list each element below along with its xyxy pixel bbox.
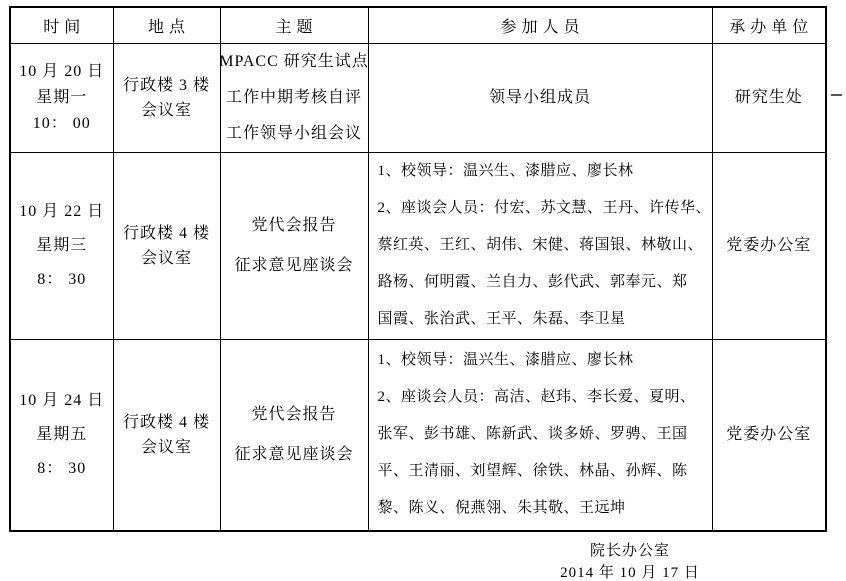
text-line: 会议室: [141, 98, 192, 123]
text-line: 1、校领导：温兴生、漆腊应、廖长林: [378, 153, 708, 190]
col-header-unit: 承办单位: [712, 7, 826, 43]
cell-location: 行政楼 4 楼 会议室: [113, 152, 220, 339]
text-line: 10 月 22 日: [19, 195, 104, 229]
text-line: 研究生处: [735, 85, 803, 111]
cell-topic: MPACC 研究生试点 工作中期考核自评 工作领导小组会议: [220, 43, 368, 152]
text-line: 行政楼 4 楼: [123, 410, 210, 435]
text-line: 工作中期考核自评: [226, 80, 362, 116]
text-line: 8： 30: [37, 452, 86, 486]
text-line: 蔡红英、王红、胡伟、宋健、蒋国银、林敬山、: [378, 227, 708, 264]
table-row-meeting-1: 10 月 20 日 星期一 10： 00 行政楼 3 楼 会议室 MPACC 研…: [10, 43, 826, 152]
text-line: 8： 30: [37, 263, 86, 297]
text-line: 星期一: [36, 85, 87, 111]
table-row-meeting-3: 10 月 24 日 星期五 8： 30 行政楼 4 楼 会议室 党代会报告 征求…: [10, 339, 826, 531]
footer-date: 2014 年 10 月 17 日: [480, 562, 780, 581]
cell-unit: 党委办公室: [712, 339, 826, 531]
schedule-table: 时间 地点 主题 参加人员 承办单位 10 月 20 日 星期一 10： 00: [9, 6, 827, 532]
cell-participants: 1、校领导：温兴生、漆腊应、廖长林 2、座谈会人员：付宏、苏文慧、王丹、许传华、…: [368, 152, 712, 339]
text-line: 2、座谈会人员：高洁、赵玮、李长爱、夏明、: [378, 379, 708, 416]
cell-time: 10 月 20 日 星期一 10： 00: [10, 43, 113, 152]
col-header-participants: 参加人员: [368, 7, 712, 43]
col-header-location: 地点: [113, 7, 220, 43]
text-line: 2、座谈会人员：付宏、苏文慧、王丹、许传华、: [378, 190, 708, 227]
table-header-row: 时间 地点 主题 参加人员 承办单位: [10, 7, 826, 43]
text-line: 党代会报告: [251, 206, 336, 246]
cell-participants: 1、校领导：温兴生、漆腊应、廖长林 2、座谈会人员：高洁、赵玮、李长爱、夏明、 …: [368, 339, 712, 531]
footer-office: 院长办公室: [480, 540, 780, 562]
cell-time: 10 月 24 日 星期五 8： 30: [10, 339, 113, 531]
text-line: 路杨、何明霞、兰自力、彭代武、郭奉元、郑: [378, 264, 708, 301]
cell-topic: 党代会报告 征求意见座谈会: [220, 152, 368, 339]
text-line: 星期三: [36, 229, 87, 263]
text-line: 星期五: [36, 418, 87, 452]
col-header-time: 时间: [10, 7, 113, 43]
signature-block: 院长办公室 2014 年 10 月 17 日: [480, 540, 780, 581]
text-line: 征求意见座谈会: [234, 246, 353, 286]
text-line: 党委办公室: [726, 233, 811, 259]
cell-participants: 领导小组成员: [368, 43, 712, 152]
text-line: 领导小组成员: [489, 85, 591, 111]
text-line: 黎、陈义、倪燕翎、朱其敬、王远坤: [378, 490, 708, 527]
document-page: 时间 地点 主题 参加人员 承办单位 10 月 20 日 星期一 10： 00: [0, 0, 846, 581]
cell-topic: 党代会报告 征求意见座谈会: [220, 339, 368, 531]
table-row-meeting-2: 10 月 22 日 星期三 8： 30 行政楼 4 楼 会议室 党代会报告 征求…: [10, 152, 826, 339]
text-line: 1、校领导：温兴生、漆腊应、廖长林: [378, 342, 708, 379]
cell-location: 行政楼 4 楼 会议室: [113, 339, 220, 531]
text-line: 会议室: [141, 435, 192, 460]
text-line: 张军、彭书雄、陈新武、谈多娇、罗骋、王国: [378, 416, 708, 453]
text-line: 会议室: [141, 246, 192, 271]
text-line: 工作领导小组会议: [226, 116, 362, 152]
text-line: 国霞、张治武、王平、朱磊、李卫星: [378, 301, 708, 338]
margin-anchor-mark: [831, 94, 842, 96]
text-line: 党委办公室: [726, 422, 811, 448]
text-line: 征求意见座谈会: [234, 435, 353, 475]
cell-location: 行政楼 3 楼 会议室: [113, 43, 220, 152]
col-header-topic: 主题: [220, 7, 368, 43]
text-line: 10 月 20 日: [19, 59, 104, 85]
cell-unit: 党委办公室: [712, 152, 826, 339]
cell-unit: 研究生处: [712, 43, 826, 152]
text-line: 平、王清丽、刘望辉、徐铁、林晶、孙辉、陈: [378, 453, 708, 490]
text-line: MPACC 研究生试点: [220, 44, 368, 80]
cell-time: 10 月 22 日 星期三 8： 30: [10, 152, 113, 339]
text-line: 行政楼 4 楼: [123, 221, 210, 246]
text-line: 10 月 24 日: [19, 384, 104, 418]
text-line: 10： 00: [33, 111, 91, 137]
text-line: 党代会报告: [251, 395, 336, 435]
text-line: 行政楼 3 楼: [123, 73, 210, 98]
